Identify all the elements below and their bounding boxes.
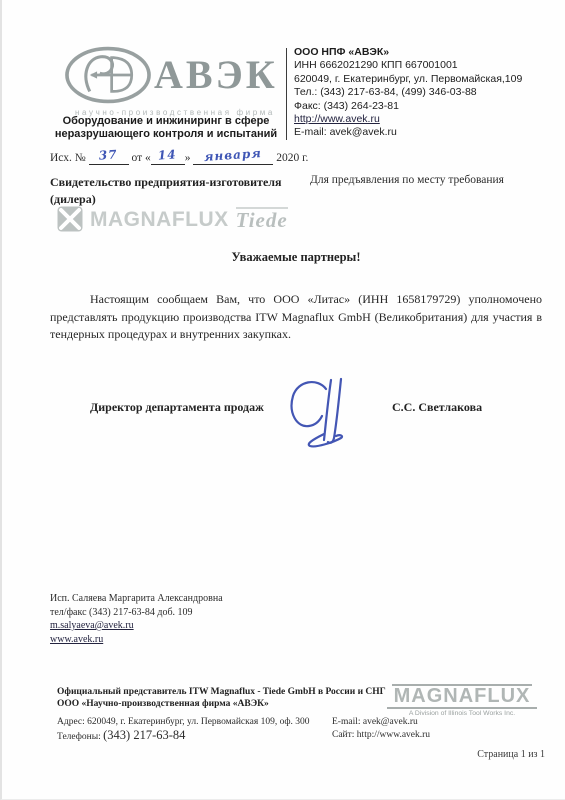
signer-position: Директор департамента продаж: [90, 400, 264, 415]
company-fax: Факс: (343) 264-23-81: [294, 100, 554, 113]
magnaflux-footer-logo: MAGNAFLUX A Division of Illinois Tool Wo…: [387, 684, 537, 717]
signer-name: С.С. Светлакова: [392, 400, 482, 415]
handwritten-signature: [284, 376, 354, 452]
scanned-letter-page: АВЭК научно-производственная фирма Обору…: [0, 0, 565, 800]
footer-address-line: Адрес: 620049, г. Екатеринбург, ул. Перв…: [57, 716, 337, 729]
magnaflux-footer-wordmark: MAGNAFLUX: [392, 684, 533, 707]
body-paragraph: Настоящим сообщаем Вам, что ООО «Литас» …: [50, 291, 542, 344]
company-name: ООО НПФ «АВЭК»: [294, 46, 554, 59]
magnaflux-x-icon: [57, 206, 83, 232]
brand-wordmark: АВЭК: [154, 55, 278, 95]
document-subject: Свидетельство предприятия-изготовителя (…: [50, 174, 330, 208]
company-phone: Тел.: (343) 217-63-84, (499) 346-03-88: [294, 86, 554, 99]
executor-email-link[interactable]: m.salyaeva@avek.ru: [50, 620, 134, 631]
footer-phones-value: (343) 217-63-84: [103, 728, 185, 742]
footer-address-block: Адрес: 620049, г. Екатеринбург, ул. Перв…: [57, 716, 337, 744]
company-tagline: Оборудование и инжиниринг в сфере неразр…: [46, 115, 286, 141]
executor-phone: тел/факс (343) 217-63-84 доб. 109: [50, 606, 223, 620]
footer-contacts-block: E-mail: avek@avek.ru Сайт: http://www.av…: [332, 716, 492, 742]
ref-day-blank: 14: [151, 150, 185, 165]
company-logo-block: АВЭК научно-производственная фирма: [62, 44, 288, 117]
executor-block: Исп. Саляева Маргарита Александровна тел…: [50, 592, 223, 646]
footer-official-line1: Официальный представитель ITW Magnaflux …: [57, 686, 387, 698]
company-address: 620049, г. Екатеринбург, ул. Первомайска…: [294, 73, 554, 86]
ref-year: 2020 г.: [276, 152, 308, 164]
footer-email: E-mail: avek@avek.ru: [332, 716, 492, 729]
tiede-wordmark: Tiede: [236, 207, 288, 231]
tagline-line1: Оборудование и инжиниринг в сфере: [63, 115, 270, 127]
magnaflux-wordmark: MAGNAFLUX: [90, 209, 229, 230]
subject-line1: Свидетельство предприятия-изготовителя: [50, 174, 330, 191]
ref-prefix: Исх. №: [50, 152, 86, 164]
company-inn-kpp: ИНН 6662021290 КПП 667001001: [294, 59, 554, 72]
ref-number-handwritten: 37: [99, 147, 119, 162]
ref-from-word: от: [131, 152, 142, 164]
recipient-note: Для предъявления по месту требования: [310, 174, 540, 186]
avek-ellipse-logo-icon: [62, 44, 154, 106]
ref-number-blank: 37: [89, 150, 129, 165]
company-details-block: ООО НПФ «АВЭК» ИНН 6662021290 КПП 667001…: [294, 46, 554, 140]
company-email: E-mail: avek@avek.ru: [294, 126, 554, 139]
footer-site: Сайт: http://www.avek.ru: [332, 729, 492, 742]
page-number-label: Страница 1 из 1: [477, 749, 545, 760]
ref-day-handwritten: 14: [158, 147, 178, 162]
salutation-heading: Уважаемые партнеры!: [50, 250, 542, 265]
magnaflux-footer-tagline: A Division of Illinois Tool Works Inc.: [387, 707, 537, 717]
magnaflux-tiede-logo: MAGNAFLUX Tiede: [57, 206, 288, 232]
ref-close-quote: »: [185, 152, 191, 164]
header-divider: [286, 48, 287, 140]
footer-official-line2: ООО «Научно-производственная фирма «АВЭК…: [57, 698, 387, 710]
company-website-link[interactable]: http://www.avek.ru: [294, 113, 380, 125]
tagline-line2: неразрушающего контроля и испытаний: [55, 128, 277, 140]
ref-month-blank: января: [193, 150, 273, 165]
ref-month-handwritten: января: [204, 146, 263, 164]
footer-official-representative: Официальный представитель ITW Magnaflux …: [57, 686, 387, 710]
footer-phones-label: Телефоны:: [57, 732, 101, 742]
executor-website-link[interactable]: www.avek.ru: [50, 634, 103, 645]
executor-name: Исп. Саляева Маргарита Александровна: [50, 592, 223, 606]
outgoing-reference-line: Исх. № 37 от «14» января 2020 г.: [50, 150, 350, 165]
